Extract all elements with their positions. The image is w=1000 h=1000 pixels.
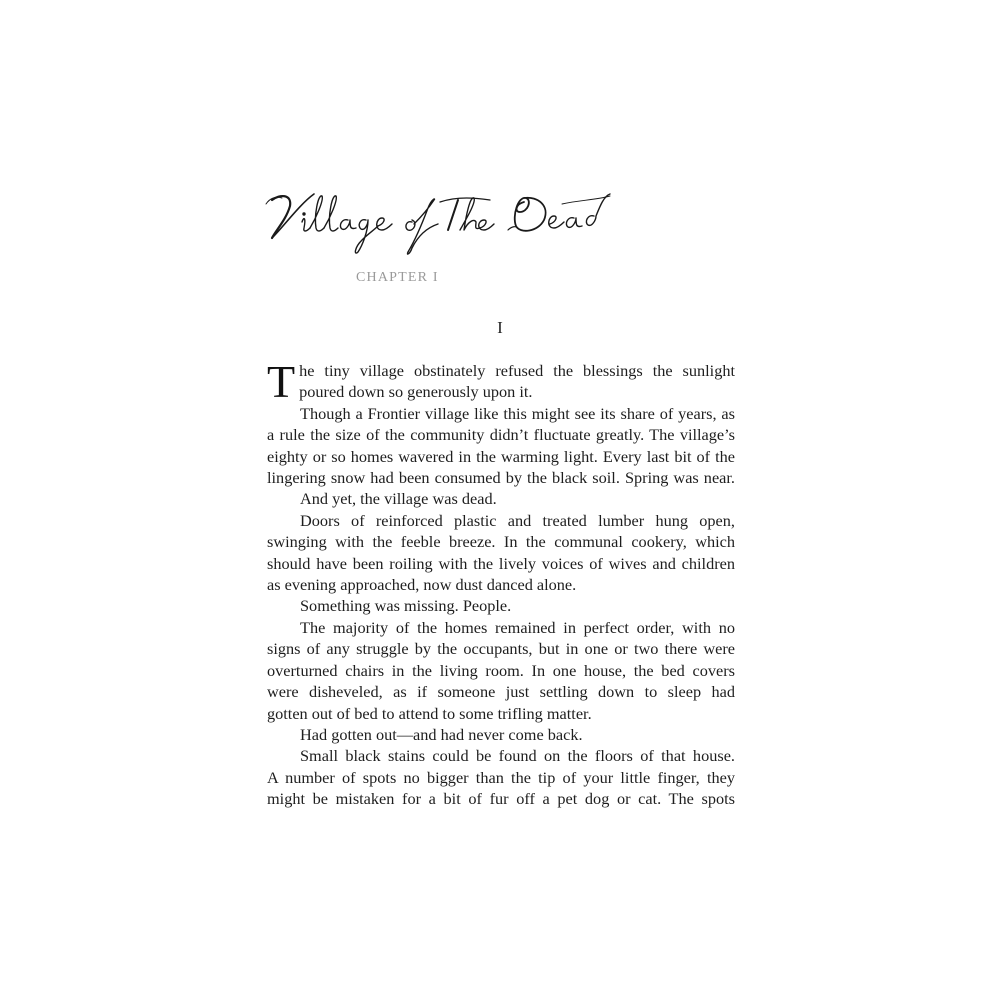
text-line: a rule the size of the community didn’t … — [267, 424, 735, 445]
text-line: Doors of reinforced plastic and treated … — [267, 510, 735, 531]
text-line: Had gotten out—and had never come back. — [267, 724, 735, 745]
section-number: I — [0, 318, 1000, 338]
text-line: Small black stains could be found on the… — [267, 745, 735, 766]
text-line: lingering snow had been consumed by the … — [267, 467, 735, 488]
text-line: gotten out of bed to attend to some trif… — [267, 703, 735, 724]
text-line: A number of spots no bigger than the tip… — [267, 767, 735, 788]
text-line: as evening approached, now dust danced a… — [267, 574, 735, 595]
book-page: Village of the Dead — [0, 0, 1000, 1000]
text-line: eighty or so homes wavered in the warmin… — [267, 446, 735, 467]
drop-cap: T — [267, 363, 295, 403]
text-line: signs of any struggle by the occupants, … — [267, 638, 735, 659]
text-line: overturned chairs in the living room. In… — [267, 660, 735, 681]
text-line: The majority of the homes remained in pe… — [267, 617, 735, 638]
text-line: Something was missing. People. — [267, 595, 735, 616]
chapter-title-script: Village of the Dead — [262, 186, 612, 256]
text-line: were disheveled, as if someone just sett… — [267, 681, 735, 702]
text-line: And yet, the village was dead. — [267, 488, 735, 509]
chapter-body-text: T he tiny village obstinately refused th… — [267, 360, 735, 810]
text-line: he tiny village obstinately refused the … — [267, 360, 735, 381]
text-line: poured down so generously upon it. — [267, 381, 735, 402]
script-title-lettering-icon — [262, 186, 612, 256]
text-line: might be mistaken for a bit of fur off a… — [267, 788, 735, 809]
text-line: Though a Frontier village like this migh… — [267, 403, 735, 424]
chapter-label: CHAPTER I — [356, 270, 439, 286]
text-line: swinging with the feeble breeze. In the … — [267, 531, 735, 552]
text-line: should have been roiling with the lively… — [267, 553, 735, 574]
